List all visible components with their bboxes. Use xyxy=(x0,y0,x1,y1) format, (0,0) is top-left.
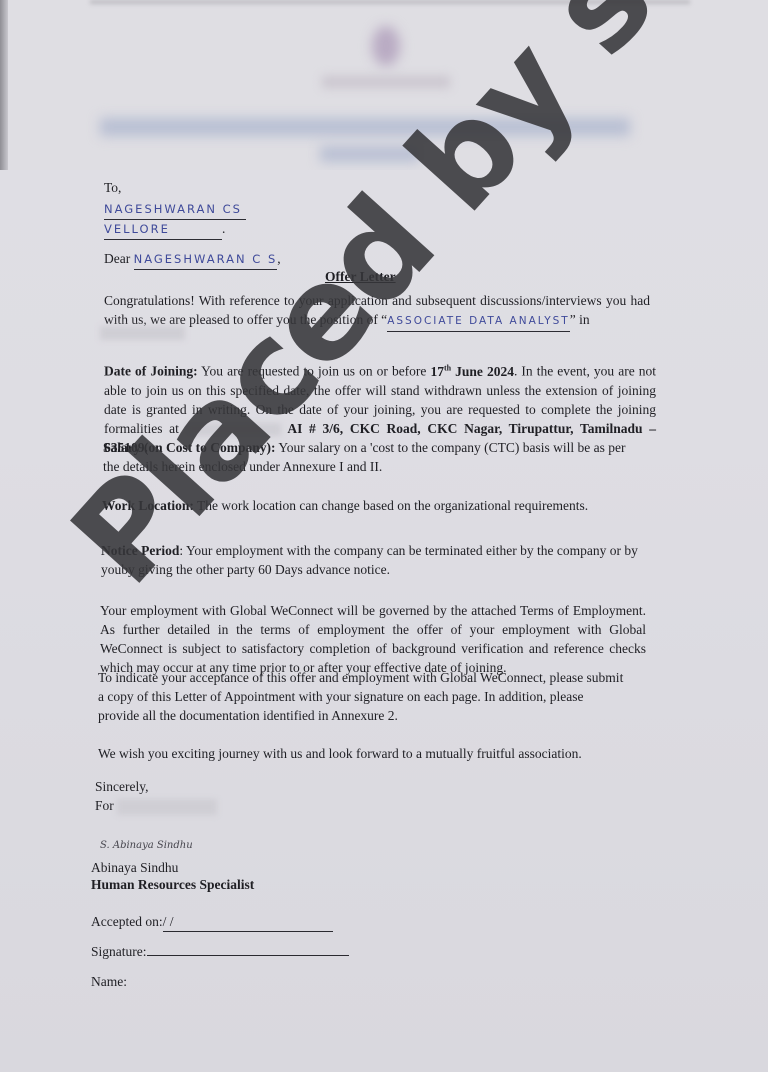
accepted-on-field[interactable]: Accepted on: / / xyxy=(91,912,333,932)
letterhead-redacted xyxy=(0,0,768,170)
joining-text: You are requested to join us on or befor… xyxy=(198,364,431,379)
joining-date-rest: June 2024 xyxy=(451,364,514,379)
name-field[interactable]: Name: xyxy=(91,972,127,991)
acceptance-paragraph: To indicate your acceptance of this offe… xyxy=(98,668,628,725)
salary-paragraph: Salary (on Cost to Company): Your salary… xyxy=(103,438,643,476)
letterhead-top-bar xyxy=(90,0,690,4)
company-name-redacted-inline xyxy=(100,326,185,340)
notice-period-paragraph: Notice Period: Your employment with the … xyxy=(101,541,649,579)
joining-date-day: 17 xyxy=(430,364,444,379)
recipient-city: VELLORE. xyxy=(104,219,225,240)
for-line: For xyxy=(95,796,217,815)
dear-name-handwritten: NAGESHWARAN C S xyxy=(134,250,278,270)
work-location-paragraph: Work Location: The work location can cha… xyxy=(102,496,662,515)
terms-paragraph: Your employment with Global WeConnect wi… xyxy=(100,601,646,677)
signature-field[interactable]: Signature: xyxy=(91,942,349,961)
page-edge-shadow xyxy=(0,0,8,170)
position-handwritten: ASSOCIATE DATA ANALYST xyxy=(387,312,570,332)
company-address-redacted xyxy=(100,118,630,136)
office-name-redacted xyxy=(186,423,281,436)
notice-period-text: : Your employment with the company can b… xyxy=(101,543,638,577)
signatory-title: Human Resources Specialist xyxy=(91,875,254,894)
recipient-city-handwritten: VELLORE xyxy=(104,220,222,240)
joining-date: 17th June 2024 xyxy=(430,364,514,379)
company-name-redacted-signoff xyxy=(117,799,217,815)
accepted-on-label: Accepted on: xyxy=(91,914,163,929)
recipient-name-handwritten: NAGESHWARAN CS xyxy=(104,200,246,220)
work-location-label: Work Location: xyxy=(102,498,194,513)
joining-label: Date of Joining: xyxy=(104,364,198,379)
name-label: Name: xyxy=(91,974,127,989)
dear-label: Dear xyxy=(104,251,130,266)
intro-paragraph: Congratulations! With reference to your … xyxy=(104,291,650,332)
to-label: To, xyxy=(104,178,121,197)
sincerely-label: Sincerely, xyxy=(95,777,148,796)
for-label: For xyxy=(95,798,114,813)
signature-label: Signature: xyxy=(91,944,147,959)
accepted-on-value: / / xyxy=(163,914,174,929)
handwritten-signature: S. Abinaya Sindhu xyxy=(100,836,193,855)
recipient-name: NAGESHWARAN CS xyxy=(104,199,246,220)
closing-wish: We wish you exciting journey with us and… xyxy=(98,744,658,763)
accepted-on-line[interactable]: / / xyxy=(163,912,333,932)
company-address-redacted-line2 xyxy=(320,146,420,162)
company-name-redacted xyxy=(322,76,450,88)
salutation: Dear NAGESHWARAN C S, xyxy=(104,249,281,270)
salary-label: Salary (on Cost to Company): xyxy=(103,440,276,455)
document-page: To, NAGESHWARAN CS VELLORE. Dear NAGESHW… xyxy=(0,0,768,1072)
offer-letter-title: Offer Letter xyxy=(325,267,396,286)
company-logo-icon xyxy=(372,26,400,66)
intro-text-end: ” in xyxy=(570,312,590,327)
notice-period-label: Notice Period xyxy=(101,543,179,558)
signature-line[interactable] xyxy=(147,942,349,956)
work-location-text: The work location can change based on th… xyxy=(194,498,588,513)
